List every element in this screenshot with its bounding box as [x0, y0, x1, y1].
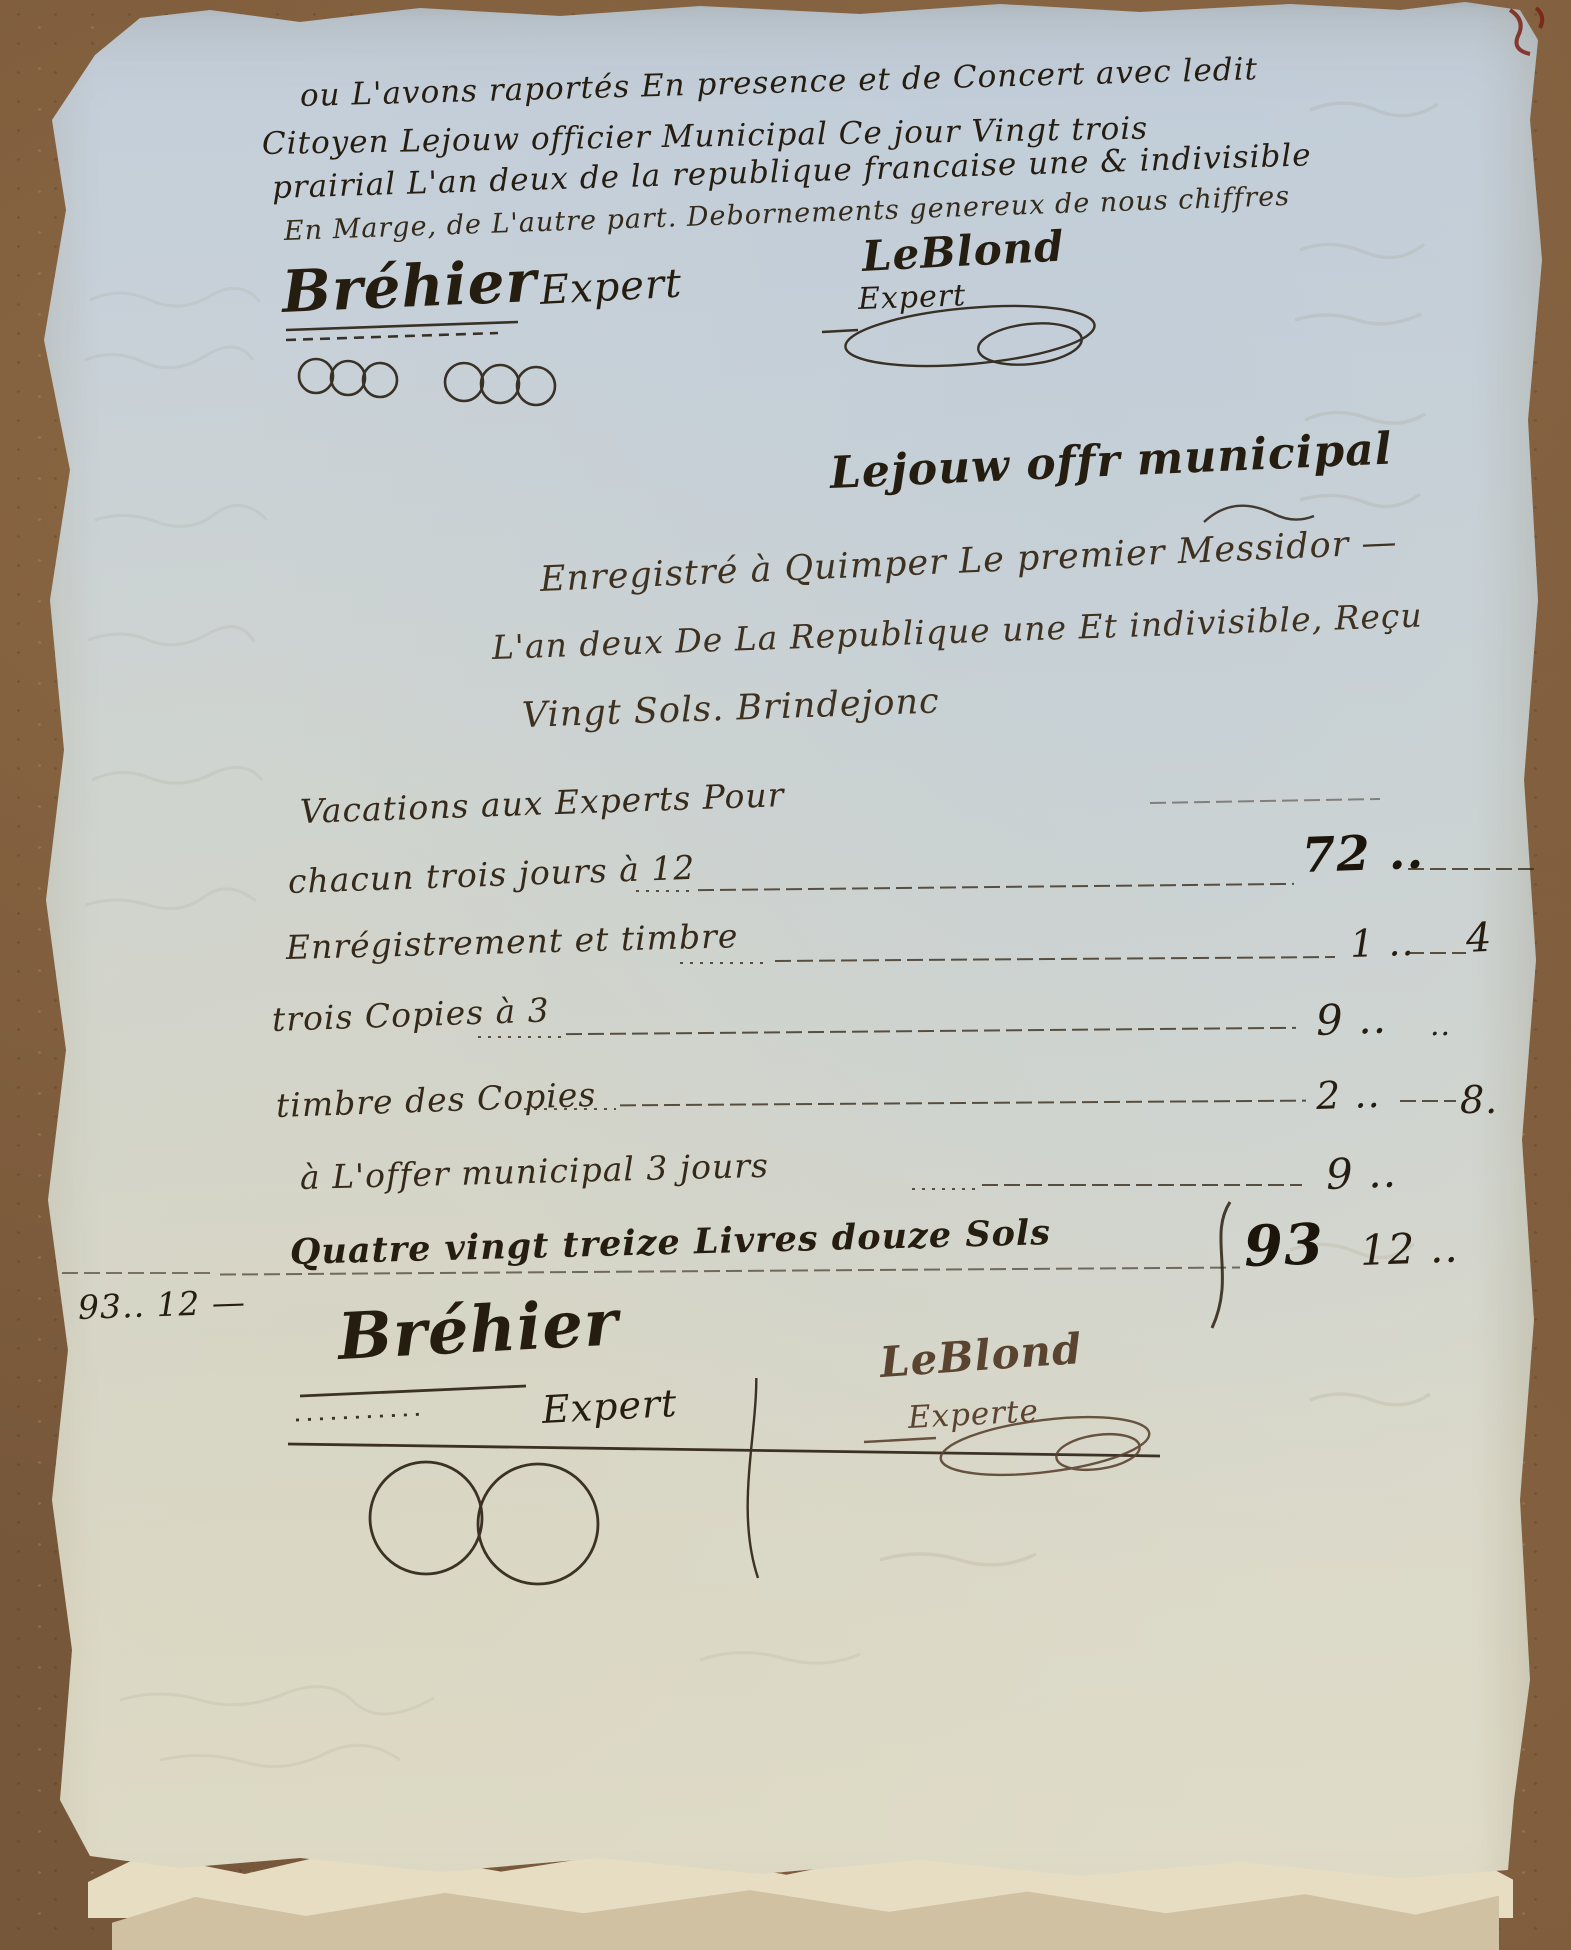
flourish-oval-leblond-top: [820, 288, 1120, 388]
leader-item-4: [620, 1100, 1306, 1107]
manuscript-photo: ou L'avons raportés En presence et de Co…: [0, 0, 1571, 1950]
leader-item-4-dots: [524, 1108, 616, 1110]
signature-brehier-top-title: Expert: [539, 261, 683, 314]
account-item-2-sols: 4: [1465, 915, 1494, 962]
registration-line-3: Vingt Sols. Brindejonc: [521, 681, 940, 736]
paragraph-line-1: ou L'avons raportés En presence et de Co…: [299, 51, 1258, 114]
account-item-1-label: Vacations aux Experts Pour: [299, 775, 785, 831]
account-item-3-sols: ..: [1430, 1008, 1451, 1043]
total-livres: 93: [1243, 1211, 1325, 1280]
account-item-1-amount: 72 ..: [1301, 824, 1425, 884]
leader-item-2: [775, 956, 1335, 962]
account-item-2-label: Enrégistrement et timbre: [285, 916, 738, 967]
registration-line-2: L'an deux De La Republique une Et indivi…: [491, 596, 1423, 667]
account-item-4-amount: 2 ..: [1315, 1072, 1381, 1118]
leader-item-3-dots: [478, 1036, 562, 1038]
leader-item-1: [698, 883, 1294, 891]
account-item-1-label2: chacun trois jours à 12: [287, 848, 696, 901]
total-left-dash: [62, 1272, 212, 1274]
signature-brehier-top-name: Bréhier: [281, 247, 539, 326]
leader-item-5: [982, 1184, 1302, 1186]
corner-ink-mark: [1496, 2, 1566, 62]
leader-item-1-after: [1408, 868, 1538, 870]
total-sols: 12 ..: [1359, 1223, 1459, 1275]
leader-item-4-dash: [1400, 1100, 1456, 1102]
account-item-5-label: à L'offer municipal 3 jours: [299, 1146, 769, 1197]
flourish-total-stroke: [1190, 1196, 1250, 1336]
signature-lejouw: Lejouw offr municipal: [829, 423, 1394, 499]
leader-item-1-dots: [636, 890, 694, 892]
leader-item-1-over: [1150, 798, 1380, 804]
flourish-loops-brehier-top: [268, 320, 588, 410]
account-item-2-amount: 1 ..: [1349, 920, 1415, 966]
margin-total-note: 93.. 12 —: [77, 1282, 246, 1327]
account-item-4-label: timbre des Copies: [275, 1075, 597, 1125]
leader-item-3: [566, 1027, 1296, 1035]
signature-leblond-top-name: LeBlond: [861, 221, 1066, 281]
account-item-3-amount: 9 ..: [1315, 994, 1387, 1045]
signature-brehier-bottom-name: Bréhier: [336, 1285, 620, 1375]
registration-line-1: Enregistré à Quimper Le premier Messidor…: [539, 523, 1398, 600]
leader-item-5-dots: [912, 1188, 978, 1190]
flourish-oval-leblond-bottom: [860, 1386, 1180, 1506]
account-item-4-sols: 8.: [1460, 1078, 1498, 1122]
total-words: Quatre vingt treize Livres douze Sols: [289, 1212, 1051, 1273]
leader-item-2-dash: [1408, 952, 1466, 954]
leader-item-2-dots: [680, 962, 770, 964]
manuscript-content: ou L'avons raportés En presence et de Co…: [0, 0, 1571, 1950]
account-item-3-label: trois Copies à 3: [271, 990, 550, 1039]
account-item-5-amount: 9 ..: [1325, 1148, 1397, 1199]
